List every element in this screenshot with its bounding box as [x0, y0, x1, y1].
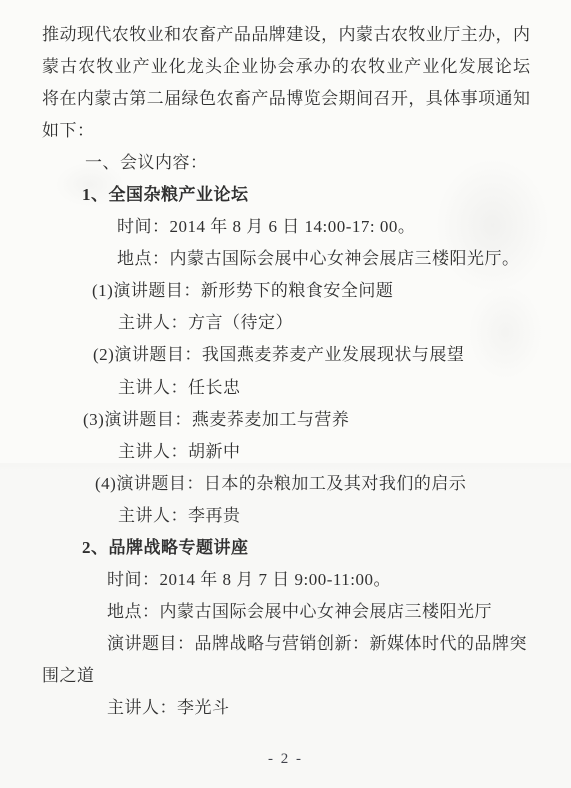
- section-2-venue: 地点：内蒙古国际会展中心女神会展店三楼阳光厅: [107, 596, 530, 628]
- section-2-time: 时间：2014 年 8 月 7 日 9:00-11:00。: [107, 564, 530, 596]
- talk-2-speaker: 主讲人：任长忠: [118, 372, 530, 404]
- section-2-talk-title-line-1: 演讲题目：品牌战略与营销创新：新媒体时代的品牌突: [107, 628, 530, 660]
- talk-4-speaker: 主讲人：李再贵: [118, 500, 530, 532]
- talk-1-title: (1)演讲题目：新形势下的粮食安全问题: [92, 275, 530, 307]
- section-2-speaker: 主讲人：李光斗: [107, 692, 530, 724]
- intro-line-3: 将在内蒙古第二届绿色农畜产品博览会期间召开，具体事项通知: [42, 83, 530, 115]
- section-1-venue: 地点：内蒙古国际会展中心女神会展店三楼阳光厅。: [117, 243, 530, 275]
- section-1-title: 1、全国杂粮产业论坛: [82, 179, 530, 211]
- talk-3-speaker: 主讲人：胡新中: [118, 436, 530, 468]
- section-2-talk-title-line-2: 围之道: [42, 660, 530, 692]
- intro-line-1: 推动现代农牧业和农畜产品品牌建设，内蒙古农牧业厅主办，内: [42, 19, 530, 51]
- intro-line-2: 蒙古农牧业产业化龙头企业协会承办的农牧业产业化发展论坛: [42, 51, 530, 83]
- talk-3-title: (3)演讲题目：燕麦荞麦加工与营养: [83, 404, 530, 436]
- document-body: 推动现代农牧业和农畜产品品牌建设，内蒙古农牧业厅主办，内 蒙古农牧业产业化龙头企…: [42, 19, 530, 724]
- document-page: 推动现代农牧业和农畜产品品牌建设，内蒙古农牧业厅主办，内 蒙古农牧业产业化龙头企…: [0, 0, 571, 788]
- intro-line-4: 如下：: [42, 115, 530, 147]
- talk-1-speaker: 主讲人：方言（待定）: [118, 307, 530, 339]
- section-list-heading: 一、会议内容：: [85, 147, 530, 179]
- section-1-time: 时间：2014 年 8 月 6 日 14:00-17: 00。: [117, 211, 530, 243]
- page-number: - 2 -: [0, 751, 571, 768]
- talk-4-title: (4)演讲题目：日本的杂粮加工及其对我们的启示: [95, 468, 530, 500]
- section-2-title: 2、品牌战略专题讲座: [82, 532, 530, 564]
- talk-2-title: (2)演讲题目：我国燕麦荞麦产业发展现状与展望: [93, 339, 530, 371]
